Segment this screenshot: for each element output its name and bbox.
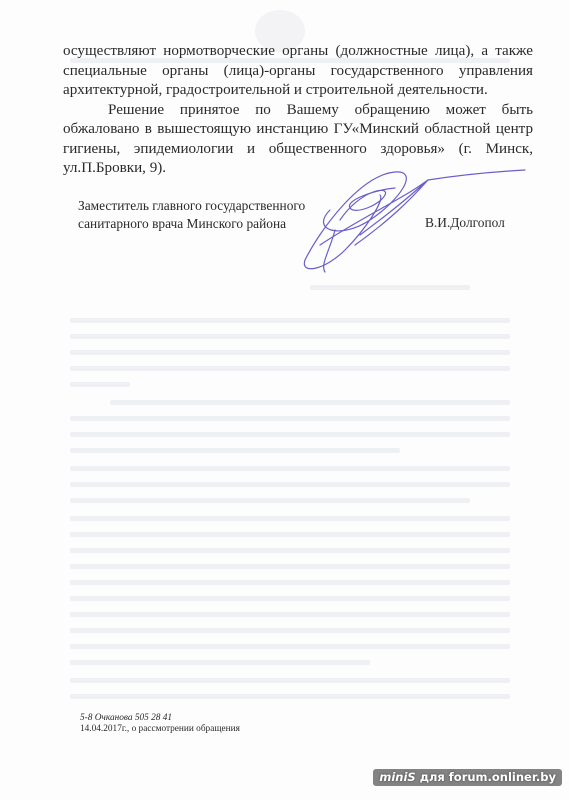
- paragraph-legal-authority: осуществляют нормотворческие органы (дол…: [63, 42, 533, 101]
- document-page: осуществляют нормотворческие органы (дол…: [0, 0, 570, 800]
- signatory-title-line-1: Заместитель главного государственного: [78, 197, 305, 215]
- watermark-brand: miniS: [379, 770, 415, 784]
- signatory-title-line-2: санитарного врача Минского района: [78, 215, 305, 233]
- executor-contact: 5-8 Очканова 505 28 41: [80, 713, 240, 724]
- document-date-subject: 14.04.2017г., о рассмотрении обращения: [80, 724, 240, 735]
- signatory-title: Заместитель главного государственного са…: [78, 197, 305, 233]
- signatory-name: В.И.Долгопол: [425, 215, 505, 231]
- watermark-text: для forum.onliner.by: [416, 770, 556, 784]
- forum-watermark: miniS для forum.onliner.by: [373, 769, 562, 786]
- footer-reference: 5-8 Очканова 505 28 41 14.04.2017г., о р…: [80, 713, 240, 735]
